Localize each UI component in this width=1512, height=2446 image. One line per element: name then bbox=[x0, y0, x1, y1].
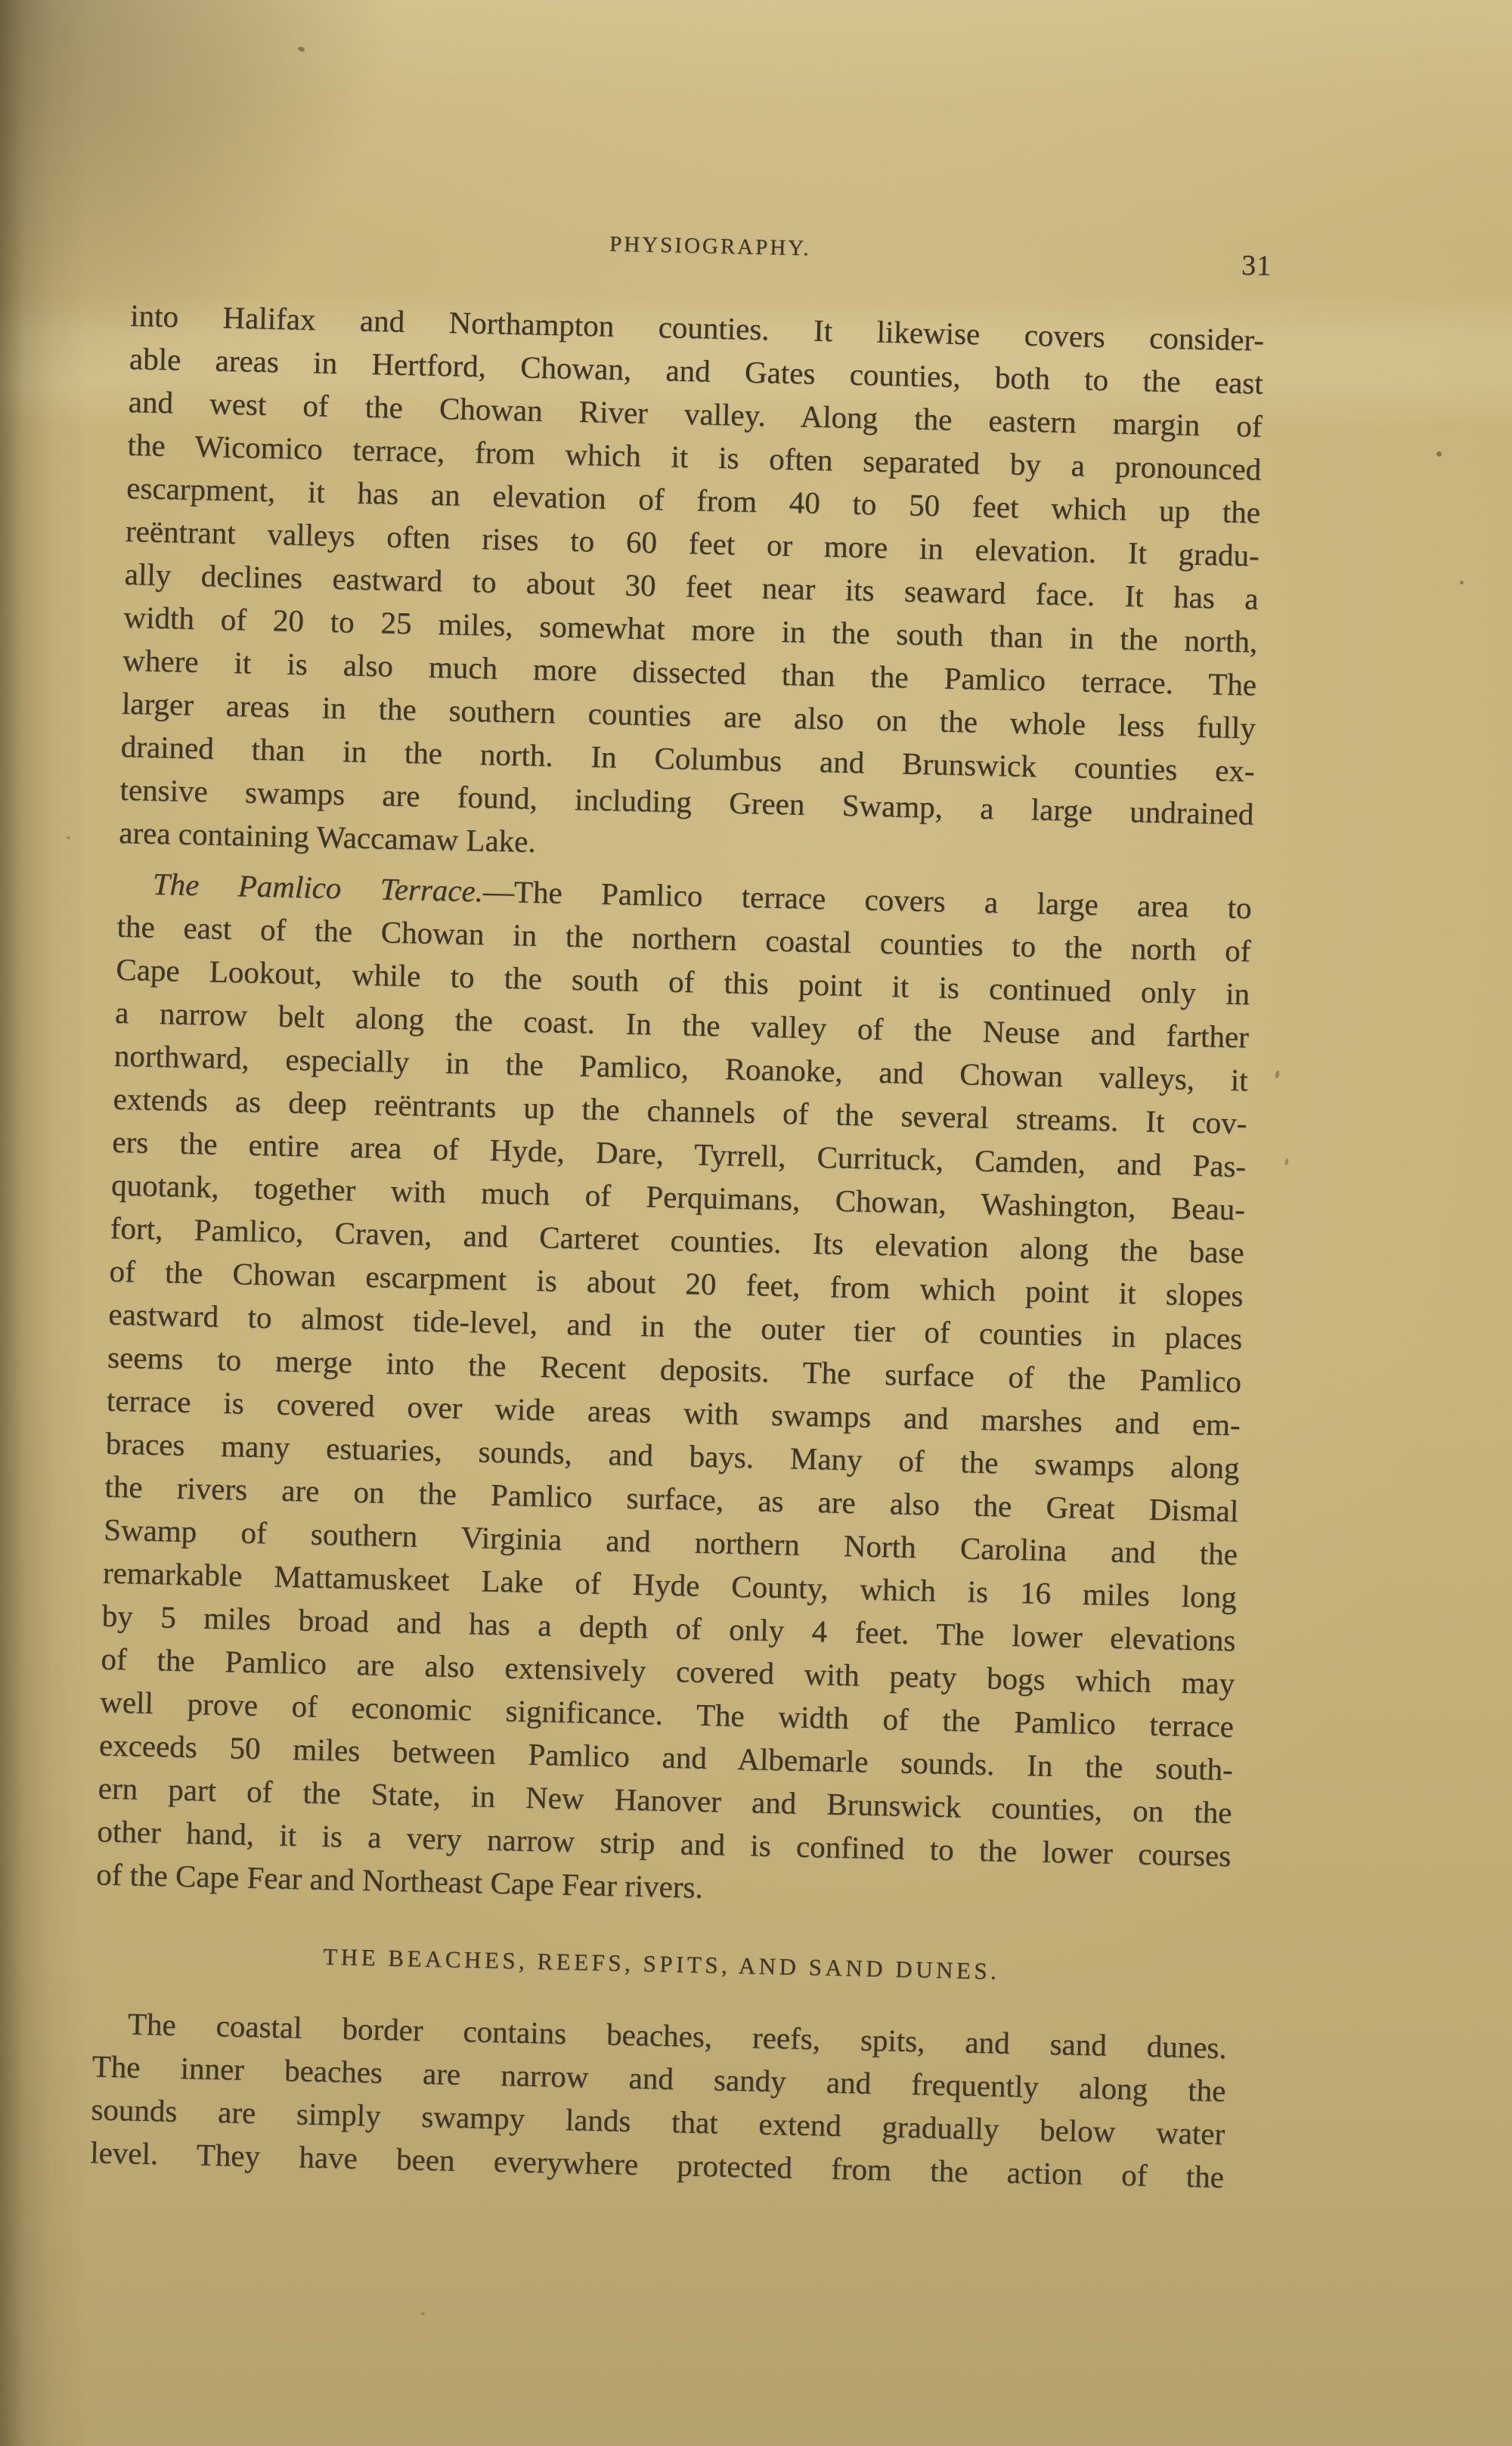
ink-speck bbox=[1275, 1071, 1280, 1079]
ink-speck bbox=[1436, 451, 1442, 457]
ink-speck bbox=[1460, 581, 1464, 584]
ink-speck bbox=[67, 836, 70, 839]
ink-speck bbox=[421, 2312, 425, 2315]
paragraph-lead-italic: The Pamlico Terrace. bbox=[152, 866, 483, 909]
ink-speck bbox=[297, 45, 305, 52]
page-number: 31 bbox=[1241, 249, 1272, 283]
page-text-block: PHYSIOGRAPHY. 31 into Halifax and Northa… bbox=[90, 222, 1266, 2199]
scanned-book-page: PHYSIOGRAPHY. 31 into Halifax and Northa… bbox=[0, 0, 1512, 2446]
paragraph-pamlico-terrace: The Pamlico Terrace.—The Pamlico terrace… bbox=[96, 862, 1252, 1921]
paragraph-wicomico-terrace: into Halifax and Northampton counties. I… bbox=[119, 294, 1265, 879]
running-header-title: PHYSIOGRAPHY. bbox=[132, 222, 1266, 271]
paragraph-coastal-border: The coastal border contains beaches, ree… bbox=[90, 2001, 1228, 2199]
running-header: PHYSIOGRAPHY. 31 bbox=[132, 222, 1266, 286]
ink-speck bbox=[1284, 1158, 1289, 1166]
section-heading-beaches-reefs-spits-dunes: THE BEACHES, REEFS, SPITS, AND SAND DUNE… bbox=[94, 1938, 1228, 1996]
